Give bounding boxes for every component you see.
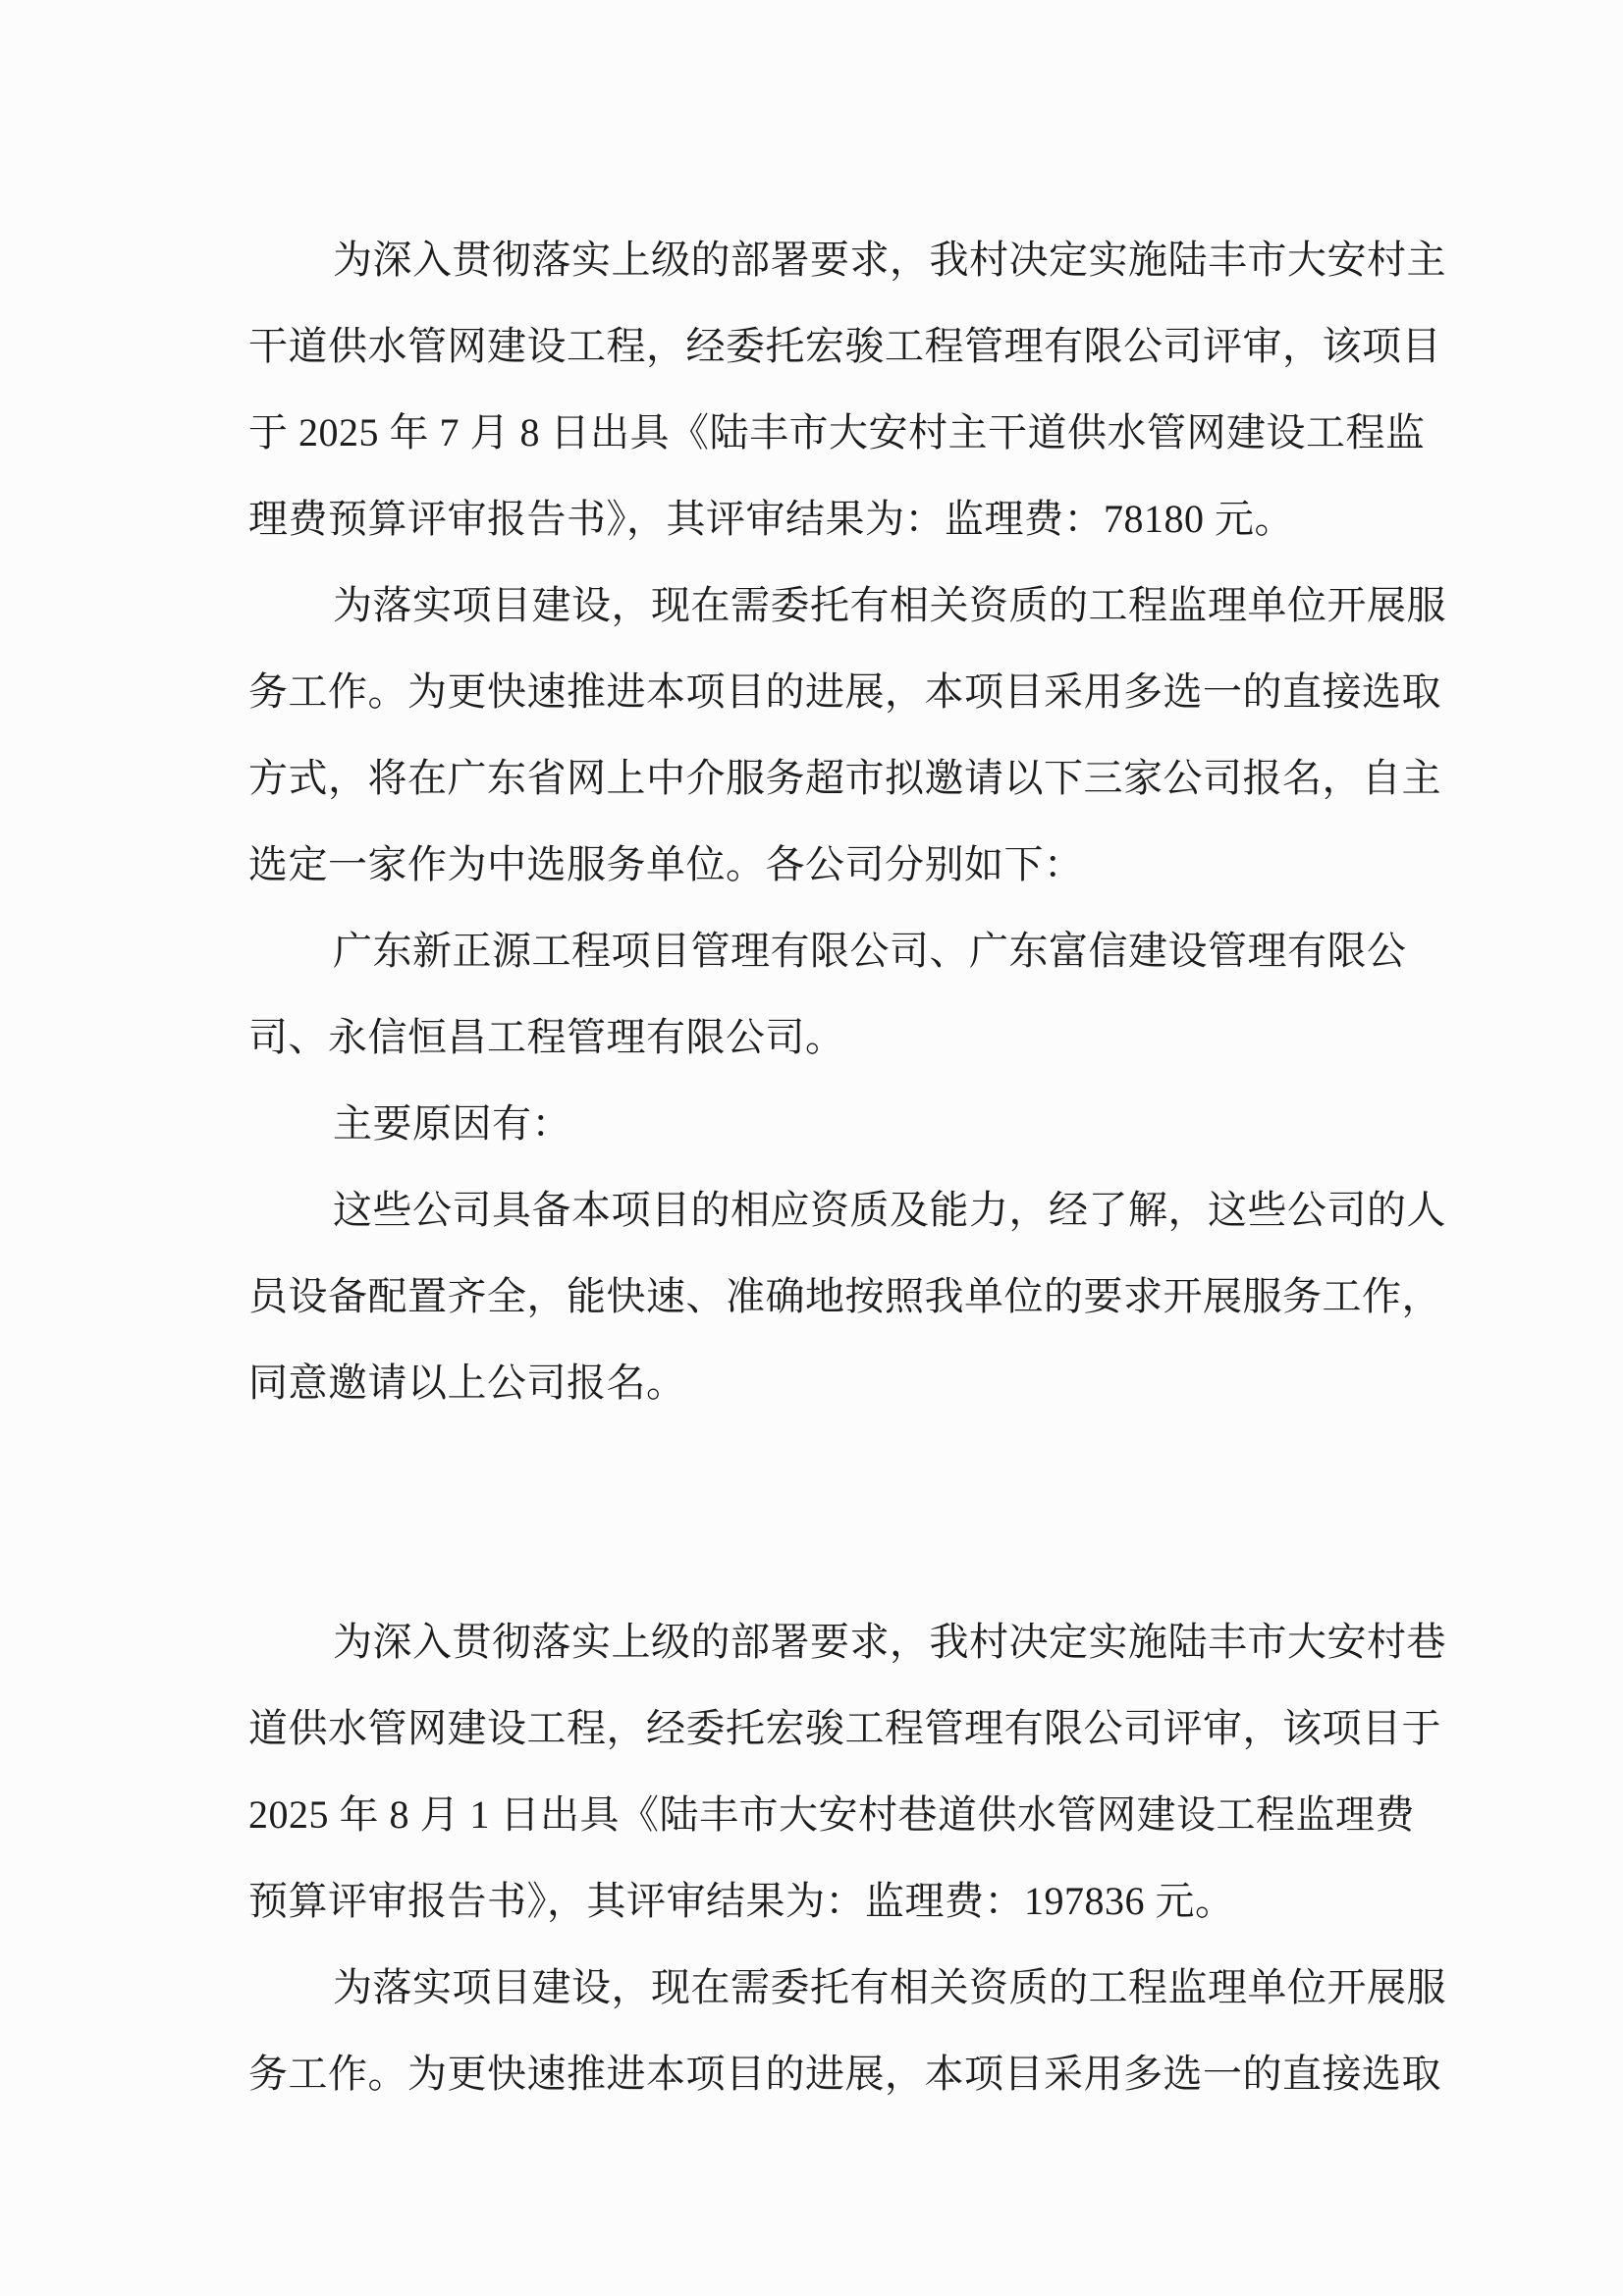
text-line: 为落实项目建设，现在需委托有相关资质的工程监理单位开展服: [248, 1945, 1438, 2031]
text-line: 选定一家作为中选服务单位。各公司分别如下：: [248, 822, 1438, 908]
text-line: 2025 年 8 月 1 日出具《陆丰市大安村巷道供水管网建设工程监理费: [248, 1772, 1438, 1858]
text-line: 广东新正源工程项目管理有限公司、广东富信建设管理有限公: [248, 908, 1438, 994]
text-line: 为深入贯彻落实上级的部署要求，我村决定实施陆丰市大安村主: [248, 217, 1438, 303]
paragraph: 为深入贯彻落实上级的部署要求，我村决定实施陆丰市大安村主干道供水管网建设工程，经…: [248, 217, 1438, 562]
text-line: 干道供水管网建设工程，经委托宏骏工程管理有限公司评审，该项目: [248, 303, 1438, 390]
text-line: 司、永信恒昌工程管理有限公司。: [248, 994, 1438, 1081]
text-line: 员设备配置齐全，能快速、准确地按照我单位的要求开展服务工作，: [248, 1254, 1438, 1340]
paragraph: 为落实项目建设，现在需委托有相关资质的工程监理单位开展服务工作。为更快速推进本项…: [248, 562, 1438, 908]
text-line: 同意邀请以上公司报名。: [248, 1340, 1438, 1426]
paragraph: 为落实项目建设，现在需委托有相关资质的工程监理单位开展服务工作。为更快速推进本项…: [248, 1945, 1438, 2117]
text-line: 预算评审报告书》，其评审结果为：监理费：197836 元。: [248, 1858, 1438, 1945]
blank-line: [248, 1426, 1438, 1513]
text-line: 务工作。为更快速推进本项目的进展，本项目采用多选一的直接选取: [248, 649, 1438, 735]
text-line: 方式，将在广东省网上中介服务超市拟邀请以下三家公司报名，自主: [248, 735, 1438, 822]
text-line: 道供水管网建设工程，经委托宏骏工程管理有限公司评审，该项目于: [248, 1685, 1438, 1772]
scanned-document-page: 为深入贯彻落实上级的部署要求，我村决定实施陆丰市大安村主干道供水管网建设工程，经…: [0, 0, 1623, 2296]
text-line: 务工作。为更快速推进本项目的进展，本项目采用多选一的直接选取: [248, 2031, 1438, 2117]
text-line: 理费预算评审报告书》，其评审结果为：监理费：78180 元。: [248, 476, 1438, 562]
text-line: 为深入贯彻落实上级的部署要求，我村决定实施陆丰市大安村巷: [248, 1599, 1438, 1685]
blank-line: [248, 1513, 1438, 1599]
text-line: 主要原因有：: [248, 1081, 1438, 1167]
text-line: 这些公司具备本项目的相应资质及能力，经了解，这些公司的人: [248, 1167, 1438, 1254]
paragraph: 这些公司具备本项目的相应资质及能力，经了解，这些公司的人员设备配置齐全，能快速、…: [248, 1167, 1438, 1426]
paragraph: 广东新正源工程项目管理有限公司、广东富信建设管理有限公司、永信恒昌工程管理有限公…: [248, 908, 1438, 1081]
text-line: 为落实项目建设，现在需委托有相关资质的工程监理单位开展服: [248, 562, 1438, 649]
paragraph: 主要原因有：: [248, 1081, 1438, 1167]
document-body: 为深入贯彻落实上级的部署要求，我村决定实施陆丰市大安村主干道供水管网建设工程，经…: [248, 217, 1438, 2117]
paragraph: 为深入贯彻落实上级的部署要求，我村决定实施陆丰市大安村巷道供水管网建设工程，经委…: [248, 1599, 1438, 1945]
text-line: 于 2025 年 7 月 8 日出具《陆丰市大安村主干道供水管网建设工程监: [248, 390, 1438, 476]
